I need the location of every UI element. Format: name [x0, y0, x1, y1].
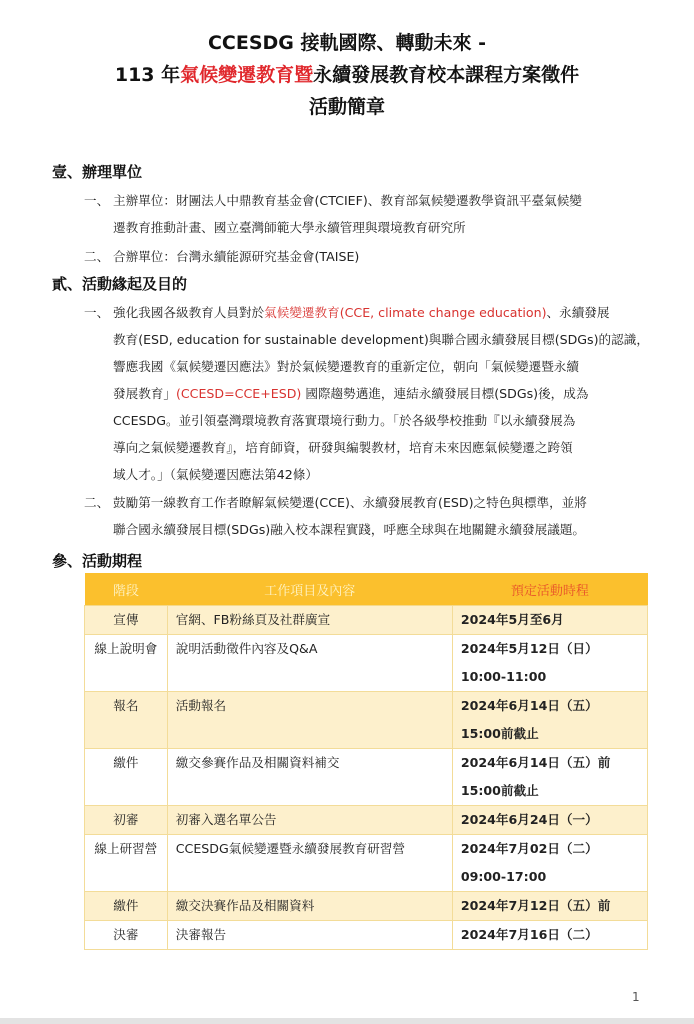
- header-time: 預定活動時程: [452, 573, 647, 606]
- time-line2: 15:00前截止: [461, 777, 639, 805]
- cell-time: 2024年6月24日（一）: [452, 806, 647, 835]
- cell-time: 2024年5月12日（日）10:00-11:00: [452, 635, 647, 692]
- purpose-2-line2: 聯合國永續發展目標(SDGs)融入校本課程實踐，呼應全球與在地關鍵永續發展議題。: [113, 516, 585, 543]
- cell-stage: 宣傳: [85, 606, 168, 635]
- cell-stage: 繳件: [85, 749, 168, 806]
- time-line2: 10:00-11:00: [461, 663, 639, 691]
- section-heading-organizers: 壹、辦理單位: [52, 161, 142, 183]
- cell-time: 2024年6月14日（五）前15:00前截止: [452, 749, 647, 806]
- document-title-line2: 113 年氣候變遷教育暨永續發展教育校本課程方案徵件: [0, 62, 694, 88]
- organizer-cohost: 合辦單位：台灣永續能源研究基金會(TAISE): [113, 243, 359, 270]
- table-header-row: 階段 工作項目及內容 預定活動時程: [85, 573, 648, 606]
- list-number: 二、: [84, 489, 109, 516]
- table-row: 報名 活動報名 2024年6月14日（五）15:00前截止: [85, 692, 648, 749]
- table-row: 宣傳 官網、FB粉絲頁及社群廣宣 2024年5月至6月: [85, 606, 648, 635]
- time-line1: 2024年6月14日（五）: [461, 692, 639, 720]
- cell-content: CCESDG氣候變遷暨永續發展教育研習營: [167, 835, 452, 892]
- organizer-host-line1: 主辦單位：財團法人中鼎教育基金會(CTCIEF)、教育部氣候變遷教學資訊平臺氣候…: [113, 187, 582, 214]
- text: 強化我國各級教育人員對於: [113, 305, 264, 320]
- purpose-2-line1: 鼓勵第一線教育工作者瞭解氣候變遷(CCE)、永續發展教育(ESD)之特色與標準，…: [113, 489, 587, 516]
- cell-content: 說明活動徵件內容及Q&A: [167, 635, 452, 692]
- text: 、永續發展: [547, 305, 610, 320]
- document-title-line1: CCESDG 接軌國際、轉動未來 -: [0, 30, 694, 56]
- organizer-host-line2: 遷教育推動計畫、國立臺灣師範大學永續管理與環境教育研究所: [113, 214, 466, 241]
- title-highlight: 氣候變遷教育暨: [180, 64, 313, 86]
- section-heading-purpose: 貳、活動緣起及目的: [52, 273, 187, 295]
- cell-stage: 決審: [85, 921, 168, 950]
- table-row: 繳件 繳交決賽作品及相關資料 2024年7月12日（五）前: [85, 892, 648, 921]
- time-line1: 2024年7月12日（五）前: [461, 892, 639, 920]
- time-line1: 2024年6月14日（五）前: [461, 749, 639, 777]
- cell-time: 2024年5月至6月: [452, 606, 647, 635]
- cell-time: 2024年7月12日（五）前: [452, 892, 647, 921]
- table-row: 繳件 繳交參賽作品及相關資料補交 2024年6月14日（五）前15:00前截止: [85, 749, 648, 806]
- title-suffix: 永續發展教育校本課程方案徵件: [313, 64, 579, 86]
- purpose-1-line2: 教育(ESD, education for sustainable develo…: [113, 326, 649, 353]
- text: 發展教育」: [113, 386, 176, 401]
- table-row: 線上說明會 說明活動徵件內容及Q&A 2024年5月12日（日）10:00-11…: [85, 635, 648, 692]
- cell-content: 活動報名: [167, 692, 452, 749]
- cell-time: 2024年6月14日（五）15:00前截止: [452, 692, 647, 749]
- time-line2: 09:00-17:00: [461, 863, 639, 891]
- table-row: 初審 初審入選名單公告 2024年6月24日（一）: [85, 806, 648, 835]
- cell-time: 2024年7月16日（二）: [452, 921, 647, 950]
- purpose-1-line6: 導向之氣候變遷教育』，培育師資，研發與編製教材，培育未來因應氣候變遷之跨領: [113, 434, 573, 461]
- document-title-line3: 活動簡章: [0, 94, 694, 120]
- time-line1: 2024年5月至6月: [461, 606, 639, 634]
- cell-content: 官網、FB粉絲頁及社群廣宣: [167, 606, 452, 635]
- purpose-1-line3: 響應我國《氣候變遷因應法》對於氣候變遷教育的重新定位，朝向「氣候變遷暨永續: [113, 353, 579, 380]
- ccesd-highlight: (CCESD=CCE+ESD): [176, 386, 301, 401]
- list-number: 一、: [84, 299, 109, 326]
- page-number: 1: [632, 990, 640, 1004]
- cell-stage: 繳件: [85, 892, 168, 921]
- purpose-1-line5: CCESDG。並引領臺灣環境教育落實環境行動力。「於各級學校推動『以永續發展為: [113, 407, 575, 434]
- time-line2: 15:00前截止: [461, 720, 639, 748]
- schedule-table: 階段 工作項目及內容 預定活動時程 宣傳 官網、FB粉絲頁及社群廣宣 2024年…: [84, 573, 648, 950]
- cell-content: 繳交決賽作品及相關資料: [167, 892, 452, 921]
- cell-stage: 初審: [85, 806, 168, 835]
- cell-content: 決審報告: [167, 921, 452, 950]
- list-number: 二、: [84, 243, 109, 270]
- cce-highlight: 氣候變遷教育(CCE, climate change education): [264, 305, 546, 320]
- table-row: 決審 決審報告 2024年7月16日（二）: [85, 921, 648, 950]
- header-stage: 階段: [85, 573, 168, 606]
- purpose-1-line1: 強化我國各級教育人員對於氣候變遷教育(CCE, climate change e…: [113, 299, 609, 326]
- viewer-bottom-edge: [0, 1018, 694, 1024]
- header-content: 工作項目及內容: [167, 573, 452, 606]
- cell-content: 繳交參賽作品及相關資料補交: [167, 749, 452, 806]
- cell-time: 2024年7月02日（二）09:00-17:00: [452, 835, 647, 892]
- purpose-1-line4: 發展教育」(CCESD=CCE+ESD) 國際趨勢邁進，連結永續發展目標(SDG…: [113, 380, 588, 407]
- cell-content: 初審入選名單公告: [167, 806, 452, 835]
- cell-stage: 線上說明會: [85, 635, 168, 692]
- text: 國際趨勢邁進，連結永續發展目標(SDGs)後，成為: [301, 386, 588, 401]
- time-line1: 2024年7月16日（二）: [461, 921, 639, 949]
- section-heading-schedule: 參、活動期程: [52, 550, 142, 572]
- list-number: 一、: [84, 187, 109, 214]
- title-year: 113 年: [115, 64, 180, 86]
- purpose-1-line7: 域人才。」（氣候變遷因應法第42條）: [113, 461, 318, 488]
- time-line1: 2024年6月24日（一）: [461, 806, 639, 834]
- time-line1: 2024年5月12日（日）: [461, 635, 639, 663]
- time-line1: 2024年7月02日（二）: [461, 835, 639, 863]
- cell-stage: 報名: [85, 692, 168, 749]
- table-row: 線上研習營 CCESDG氣候變遷暨永續發展教育研習營 2024年7月02日（二）…: [85, 835, 648, 892]
- cell-stage: 線上研習營: [85, 835, 168, 892]
